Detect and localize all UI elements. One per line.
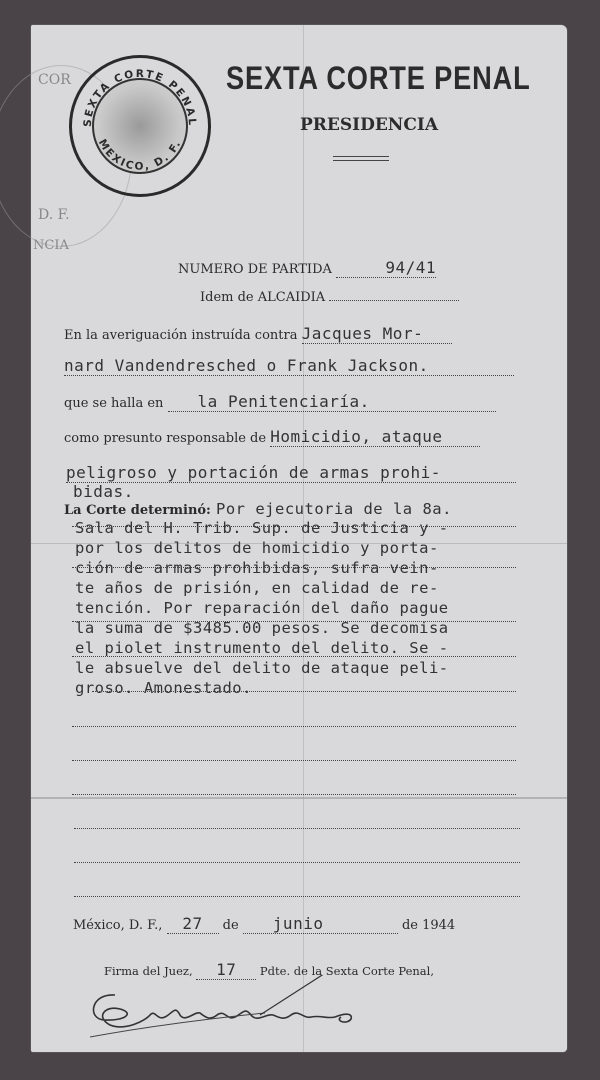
- corte-label: La Corte determinó:: [64, 503, 211, 518]
- averiguacion-value-1: Jacques Mor-: [302, 324, 424, 343]
- averiguacion-row-2: nard Vandendresched o Frank Jackson.: [64, 356, 514, 376]
- averiguacion-label: En la averiguación instruída contra: [64, 328, 297, 343]
- date-place: México, D. F.,: [73, 918, 162, 933]
- partida-row: NUMERO DE PARTIDA 94/41: [178, 258, 436, 278]
- responsable-field: Homicidio, ataque: [270, 427, 480, 447]
- averiguacion-row: En la averiguación instruída contra Jacq…: [64, 324, 452, 344]
- date-day-field: 27: [167, 914, 219, 934]
- dotted-line: [74, 827, 520, 829]
- dotted-line: [72, 566, 516, 568]
- alcaidia-field: [329, 300, 459, 301]
- averiguacion-field: Jacques Mor-: [302, 324, 452, 344]
- averiguacion-field-2: nard Vandendresched o Frank Jackson.: [64, 356, 514, 376]
- responsable-value-1: Homicidio, ataque: [270, 427, 442, 446]
- halla-value: la Penitenciaría.: [198, 392, 370, 411]
- partida-label: NUMERO DE PARTIDA: [178, 262, 332, 277]
- dotted-line: [74, 861, 520, 863]
- court-seal: SEXTA CORTE PENAL MEXICO, D. F.: [69, 55, 211, 197]
- dotted-line: [72, 725, 516, 727]
- responsable-row-3: bidas.: [73, 482, 134, 501]
- verdict-line: tención. Por reparación del daño pague: [75, 599, 449, 617]
- fold-crease-horizontal-lower: [31, 797, 567, 799]
- dotted-line: [72, 525, 516, 527]
- responsable-value-2: peligroso y portación de armas prohi-: [66, 463, 441, 482]
- averiguacion-value-2: nard Vandendresched o Frank Jackson.: [64, 356, 429, 375]
- halla-label: que se halla en: [64, 396, 163, 411]
- ghost-stamp-text-top: COR: [38, 72, 71, 88]
- date-year: 1944: [422, 918, 455, 933]
- responsable-row-2: peligroso y portación de armas prohi-: [66, 463, 516, 483]
- verdict-line: Por ejecutoria de la 8a.: [216, 500, 452, 518]
- dotted-line: [74, 895, 520, 897]
- seal-ring-text: SEXTA CORTE PENAL MEXICO, D. F.: [69, 55, 211, 197]
- document-subtitle: PRESIDENCIA: [300, 115, 438, 135]
- halla-row: que se halla en la Penitenciaría.: [64, 392, 496, 412]
- verdict-line: groso. Amonestado.: [75, 679, 252, 697]
- dotted-line: [72, 655, 516, 657]
- halla-field: la Penitenciaría.: [168, 392, 496, 412]
- title-divider: [333, 156, 389, 161]
- responsable-field-2: peligroso y portación de armas prohi-: [66, 463, 516, 483]
- dotted-line: [92, 690, 516, 692]
- verdict-line: te años de prisión, en calidad de re-: [75, 579, 439, 597]
- date-month-field: junio: [243, 914, 398, 934]
- partida-field: 94/41: [336, 258, 436, 278]
- verdict-line: le absuelve del delito de ataque peli-: [75, 659, 449, 677]
- corte-label-row: La Corte determinó:: [64, 503, 211, 518]
- document-title: SEXTA CORTE PENAL: [226, 60, 531, 97]
- dotted-line: [72, 620, 516, 622]
- alcaidia-row: Idem de ALCAIDIA: [200, 290, 459, 305]
- partida-value: 94/41: [385, 258, 436, 277]
- ghost-stamp-text-mid: D. F.: [38, 207, 70, 223]
- svg-text:SEXTA CORTE PENAL: SEXTA CORTE PENAL: [82, 68, 198, 127]
- verdict-line: Sala del H. Trib. Sup. de Justicia y -: [75, 519, 449, 537]
- responsable-label: como presunto responsable de: [64, 431, 266, 446]
- responsable-row: como presunto responsable de Homicidio, …: [64, 427, 480, 447]
- date-row: México, D. F., 27 de junio de 1944: [73, 914, 455, 934]
- responsable-value-3: bidas.: [73, 482, 134, 501]
- alcaidia-label: Idem de ALCAIDIA: [200, 290, 325, 305]
- date-month: junio: [273, 914, 324, 933]
- date-day: 27: [182, 914, 202, 933]
- svg-text:MEXICO, D. F.: MEXICO, D. F.: [96, 137, 184, 172]
- dotted-line: [72, 759, 516, 761]
- verdict-line: ción de armas prohibidas, sufra vein-: [75, 559, 439, 577]
- ghost-stamp-text-bottom: NCIA: [33, 238, 69, 253]
- dotted-line: [72, 793, 516, 795]
- verdict-line: por los delitos de homicidio y porta-: [75, 539, 439, 557]
- judge-signature-icon: [85, 975, 465, 1045]
